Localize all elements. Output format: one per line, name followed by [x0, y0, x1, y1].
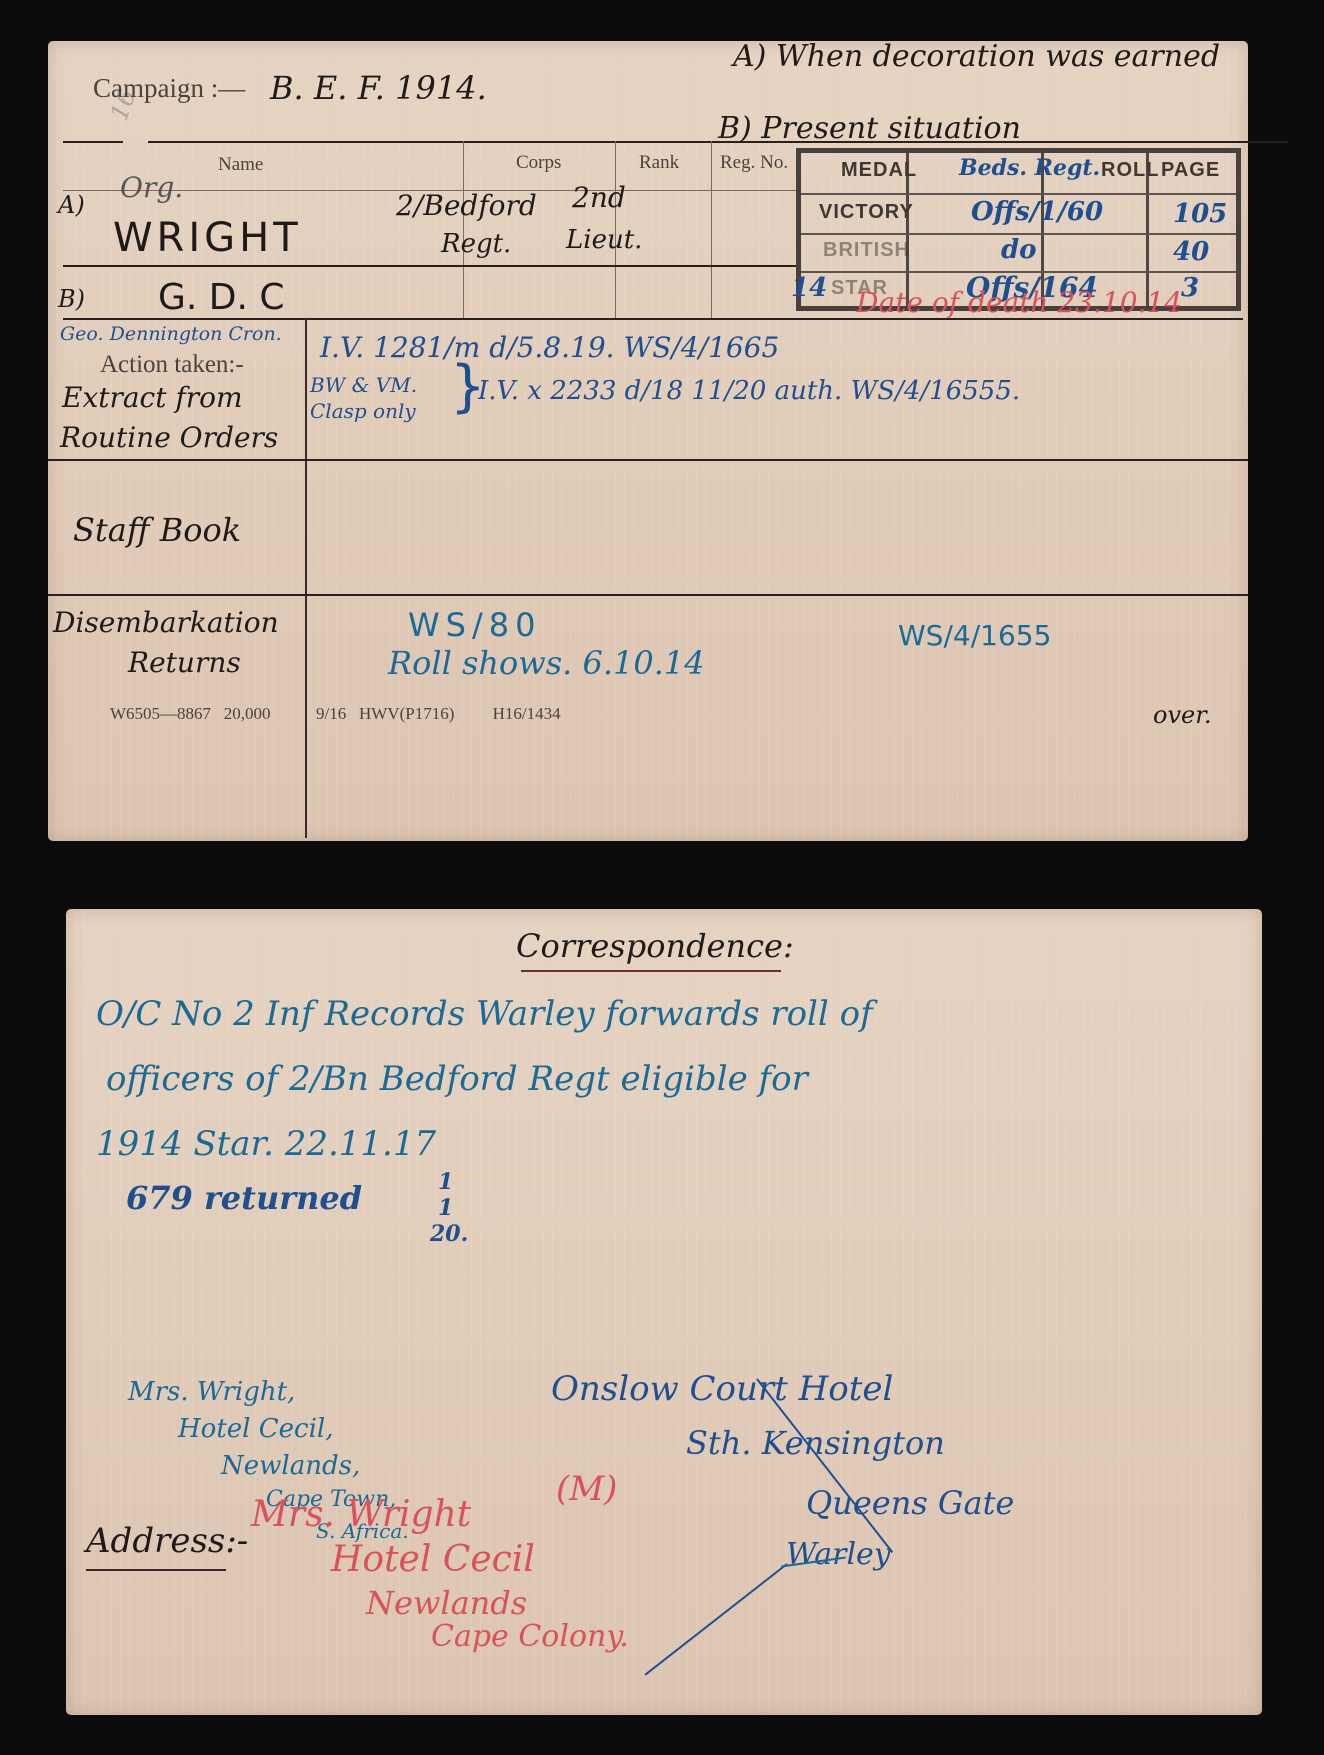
rank-line-1: 2nd	[572, 181, 626, 214]
medal-index-card-front: 16 Campaign :— B. E. F. 1914. A) When de…	[48, 41, 1248, 841]
full-name-note: Geo. Dennington Cron.	[60, 323, 282, 345]
hotel-line-3: Queens Gate	[806, 1484, 1014, 1522]
returned-date-1: 1	[438, 1169, 453, 1195]
crossout-stroke	[645, 1563, 788, 1675]
stamp-header-medal: MEDAL	[841, 159, 917, 182]
address-red-line-4: Cape Colony.	[431, 1619, 629, 1654]
roll-note: Beds. Regt.	[959, 155, 1100, 181]
form-number-2: 9/16 HWV(P1716) H16/1434	[316, 704, 561, 724]
row-rule	[63, 265, 798, 267]
page-british: 40	[1173, 237, 1209, 267]
page-victory: 105	[1173, 199, 1227, 229]
stamp-rule	[801, 193, 1236, 195]
stamp-header-page: PAGE	[1161, 159, 1220, 182]
disembarkation-entry-3: WS/4/1655	[898, 619, 1051, 652]
col-header-rank: Rank	[639, 152, 679, 174]
address-blue-line-2: Hotel Cecil,	[178, 1414, 333, 1444]
disembarkation-label: Disembarkation	[53, 606, 279, 639]
row-b-marker: B)	[58, 285, 85, 313]
bracket-note-2: Clasp only	[310, 399, 416, 423]
correspondence-line-3: 1914 Star. 22.11.17	[96, 1124, 436, 1164]
action-taken-label: Action taken:-	[100, 351, 244, 379]
disembarkation-entry-2: Roll shows. 6.10.14	[388, 644, 705, 682]
col-divider	[711, 141, 712, 318]
row-a-marker: A)	[58, 191, 85, 219]
medal-victory: VICTORY	[819, 201, 914, 224]
action-entry-2: I.V. x 2233 d/18 11/20 auth. WS/4/16555.	[478, 376, 1020, 406]
address-red-line-1: Mrs. Wright	[251, 1494, 471, 1535]
title-underline	[521, 970, 781, 972]
roll-british: do	[1001, 235, 1037, 265]
col-header-name: Name	[218, 154, 263, 176]
corps-line-2: Regt.	[441, 229, 511, 259]
roll-victory: Offs/1/60	[971, 197, 1103, 227]
staff-book-label: Staff Book	[73, 511, 241, 549]
extract-from-label: Extract from	[62, 381, 243, 414]
header-top-rule	[148, 141, 1288, 143]
returned-note: 679 returned	[126, 1179, 362, 1217]
returned-date-3: 20.	[430, 1221, 468, 1247]
medal-british: BRITISH	[823, 239, 910, 262]
address-underline	[86, 1569, 226, 1571]
bracket-note-1: BW & VM.	[310, 373, 417, 397]
section-rule	[48, 459, 1248, 461]
hotel-line-1: Onslow Court Hotel	[551, 1369, 893, 1409]
stamp-header-roll: ROLL	[1101, 159, 1159, 182]
address-label: Address:-	[86, 1521, 248, 1561]
section-rule	[48, 594, 1248, 596]
row-a-prefix: Org.	[120, 171, 183, 204]
address-red-line-2: Hotel Cecil	[331, 1539, 535, 1580]
correspondence-title: Correspondence:	[516, 927, 794, 965]
address-blue-line-1: Mrs. Wright,	[128, 1377, 295, 1407]
campaign-value: B. E. F. 1914.	[270, 69, 487, 107]
disembarkation-entry-1: WS/80	[408, 606, 541, 644]
hotel-line-4: Warley	[786, 1537, 891, 1572]
initials: G. D. C	[158, 277, 285, 318]
campaign-label: Campaign :—	[93, 73, 245, 104]
returned-date-2: 1	[438, 1195, 453, 1221]
correspondence-line-1: O/C No 2 Inf Records Warley forwards rol…	[96, 994, 873, 1034]
rank-line-2: Lieut.	[566, 225, 642, 255]
col-header-reg-no: Reg. No.	[720, 152, 788, 174]
over-note: over.	[1153, 701, 1212, 729]
correspondence-line-2: officers of 2/Bn Bedford Regt eligible f…	[106, 1059, 808, 1099]
address-red-line-3: Newlands	[366, 1584, 527, 1622]
routine-orders-label: Routine Orders	[60, 421, 278, 454]
star-prefix: 14	[791, 273, 827, 303]
surname: WRIGHT	[113, 215, 302, 261]
date-of-death: Date of death 23.10.14	[856, 286, 1182, 319]
form-number-1: W6505—8867 20,000	[110, 704, 271, 724]
rule	[63, 141, 123, 143]
section-divider	[305, 318, 307, 838]
note-when-earned: A) When decoration was earned	[733, 39, 1220, 74]
col-header-corps: Corps	[516, 152, 561, 174]
marker-m: (M)	[556, 1469, 617, 1509]
action-entry-1: I.V. 1281/m d/5.8.19. WS/4/1665	[320, 331, 779, 364]
address-blue-line-3: Newlands,	[221, 1451, 360, 1481]
medal-index-card-back: Correspondence: O/C No 2 Inf Records War…	[66, 909, 1262, 1715]
returns-label: Returns	[128, 646, 241, 679]
corps-line-1: 2/Bedford	[396, 189, 537, 222]
page-star: 3	[1181, 273, 1199, 303]
